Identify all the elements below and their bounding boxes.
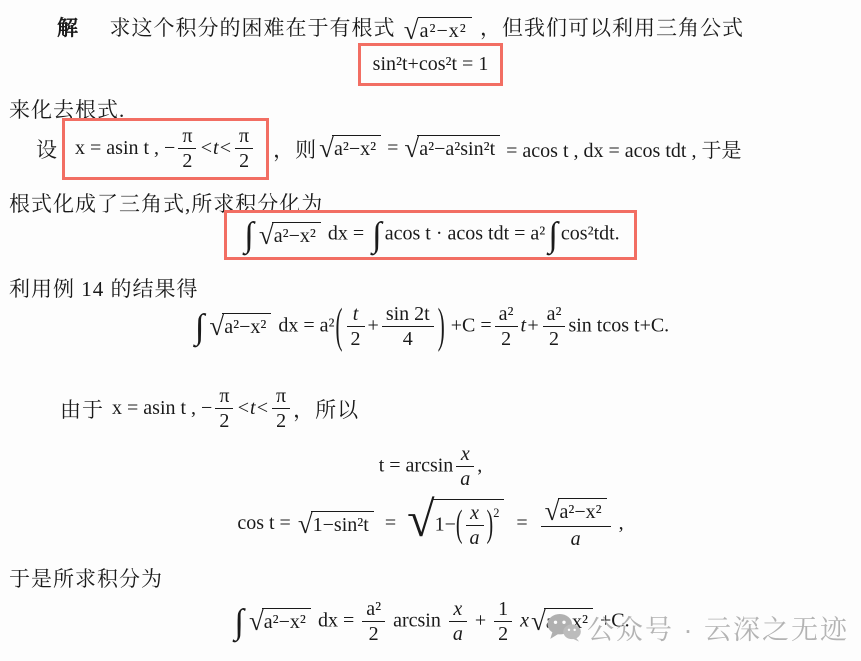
- r10-comma: ,: [477, 454, 482, 476]
- fraction-pi-2b: π2: [235, 125, 253, 173]
- identity-row: sin²t+cos²t = 1: [0, 43, 861, 86]
- cos-chain-row: cos t = √1−sin²t = √1−(xa)2 = √a²−x²a ,: [0, 498, 861, 550]
- highlight-box-substitution: x = asin t , −π2<t<π2: [62, 118, 269, 180]
- expanded-result-row: ∫√a²−x² dx = a²(t2+sin 2t4) +C =a²2t+a²2…: [0, 303, 861, 351]
- equals-1: =: [383, 137, 402, 160]
- fraction-pi-2c: π2: [215, 385, 233, 433]
- box2-dx: dx =: [328, 223, 364, 245]
- fraction-pi-2d: π2: [272, 385, 290, 433]
- sqrt-a2-x2-6: √a²−x²: [249, 608, 311, 635]
- box2-mid: acos t · acos tdt = a²: [385, 223, 546, 245]
- r8-plus: +: [368, 314, 379, 336]
- sqrt-a2-x2: √a²−x²: [404, 17, 472, 44]
- fraction-sin2t-4: sin 2t4: [382, 303, 434, 351]
- r13-plus: +: [475, 609, 486, 631]
- since-line: 由于 x = asin t , −π2<t<π2 ，所以: [60, 385, 359, 433]
- r10-lhs: t = arcsin: [379, 454, 454, 476]
- so-label: ，所以: [293, 394, 359, 424]
- then-label: ，则: [273, 134, 317, 164]
- sqrt-1-sin2t: √1−sin²t: [298, 511, 374, 538]
- r11-pre: 1−: [435, 513, 456, 535]
- use-example14-text: 利用例 14 的结果得: [9, 277, 199, 301]
- solution-intro-line: 解 求这个积分的困难在于有根式 √a²−x² ，但我们可以利用三角公式: [57, 12, 744, 44]
- sub-expr-2: <t<: [199, 137, 232, 160]
- sqrt-a2-x2-4: √a²−x²: [209, 313, 271, 340]
- integral-sign: ∫: [241, 215, 257, 254]
- use-example14-line: 利用例 14 的结果得: [9, 273, 199, 303]
- r11-comma: ,: [619, 512, 624, 534]
- box2-end: cos²tdt.: [561, 223, 620, 245]
- fraction-1-2: 12: [494, 598, 512, 646]
- sqrt-a2-x2-3: √a²−x²: [259, 222, 321, 249]
- integral-sign: ∫: [369, 215, 385, 254]
- r8-dx: dx = a²: [278, 314, 334, 336]
- fraction-pi-2: π2: [178, 125, 196, 173]
- squared-exponent: 2: [493, 506, 499, 520]
- sub-tail: = acos t , dx = acos tdt , 于是: [502, 134, 741, 163]
- r11-eq2: =: [511, 512, 532, 534]
- r11-lhs: cos t =: [237, 512, 291, 534]
- big-left-paren: (: [335, 298, 344, 356]
- fraction-t-2: t2: [347, 303, 365, 351]
- fraction-sqrt-over-a: √a²−x²a: [541, 498, 611, 550]
- substitution-line: 设 x = asin t , −π2<t<π2 ，则 √a²−x² = √a²−…: [36, 118, 741, 180]
- integral-sign: ∫: [192, 307, 208, 346]
- sqrt-a2-a2sin2t: √a²−a²sin²t: [404, 135, 500, 162]
- fraction-x-a-3: xa: [449, 598, 467, 646]
- fraction-x-a: xa: [456, 443, 474, 491]
- fraction-x-a-2: xa: [466, 502, 484, 550]
- sub-expr-1: x = asin t , −: [75, 137, 175, 160]
- wechat-icon: [547, 613, 581, 642]
- sqrt-a2-x2-2: √a²−x²: [319, 135, 381, 162]
- big-right-paren: ): [437, 298, 446, 356]
- since-label: 由于: [60, 394, 104, 424]
- integral-sign: ∫: [545, 215, 561, 254]
- solution-label: 解: [57, 16, 79, 40]
- final-intro-text: 于是所求积分为: [9, 567, 163, 591]
- big-left-paren: (: [456, 504, 463, 548]
- r13-dx: dx =: [318, 609, 354, 631]
- sqrt-1-x-over-a-squared: √1−(xa)2: [407, 499, 504, 550]
- textbook-page: { "colors": { "highlight_box": "#f26e63"…: [0, 0, 861, 661]
- sqrt-a2-x2-5: √a²−x²: [545, 498, 607, 525]
- r8-tail: sin tcos t+C.: [568, 314, 669, 336]
- r8-t: t+: [521, 314, 540, 336]
- since-expr-1: x = asin t , −: [104, 397, 212, 420]
- integral-sign: ∫: [231, 602, 247, 641]
- r11-eq1: =: [381, 512, 400, 534]
- watermark-text: 公众号 · 云深之无迹: [587, 608, 849, 647]
- r13-x: x: [520, 609, 529, 631]
- intro-text-2: ，但我们可以利用三角公式: [480, 16, 744, 40]
- since-expr-2: <t<: [236, 397, 269, 420]
- r8-plusC: +C =: [451, 314, 492, 336]
- identity-formula: sin²t+cos²t = 1: [373, 53, 489, 75]
- radical-sign: √: [407, 499, 434, 540]
- fraction-a2-2b: a²2: [543, 303, 566, 351]
- highlight-box-integral: ∫√a²−x² dx = ∫acos t · acos tdt = a²∫cos…: [224, 210, 636, 260]
- final-intro-line: 于是所求积分为: [9, 563, 163, 593]
- watermark: 公众号 · 云深之无迹: [547, 608, 849, 647]
- r13-arcsin: arcsin: [393, 609, 441, 631]
- highlight-box-identity: sin²t+cos²t = 1: [358, 43, 504, 86]
- fraction-a2-2c: a²2: [362, 598, 385, 646]
- let-label: 设: [36, 134, 58, 164]
- fraction-a2-2: a²2: [495, 303, 518, 351]
- boxed-integral-row: ∫√a²−x² dx = ∫acos t · acos tdt = a²∫cos…: [0, 210, 861, 260]
- arcsin-row: t = arcsinxa,: [0, 443, 861, 491]
- intro-text-1: 求这个积分的困难在于有根式: [110, 16, 396, 40]
